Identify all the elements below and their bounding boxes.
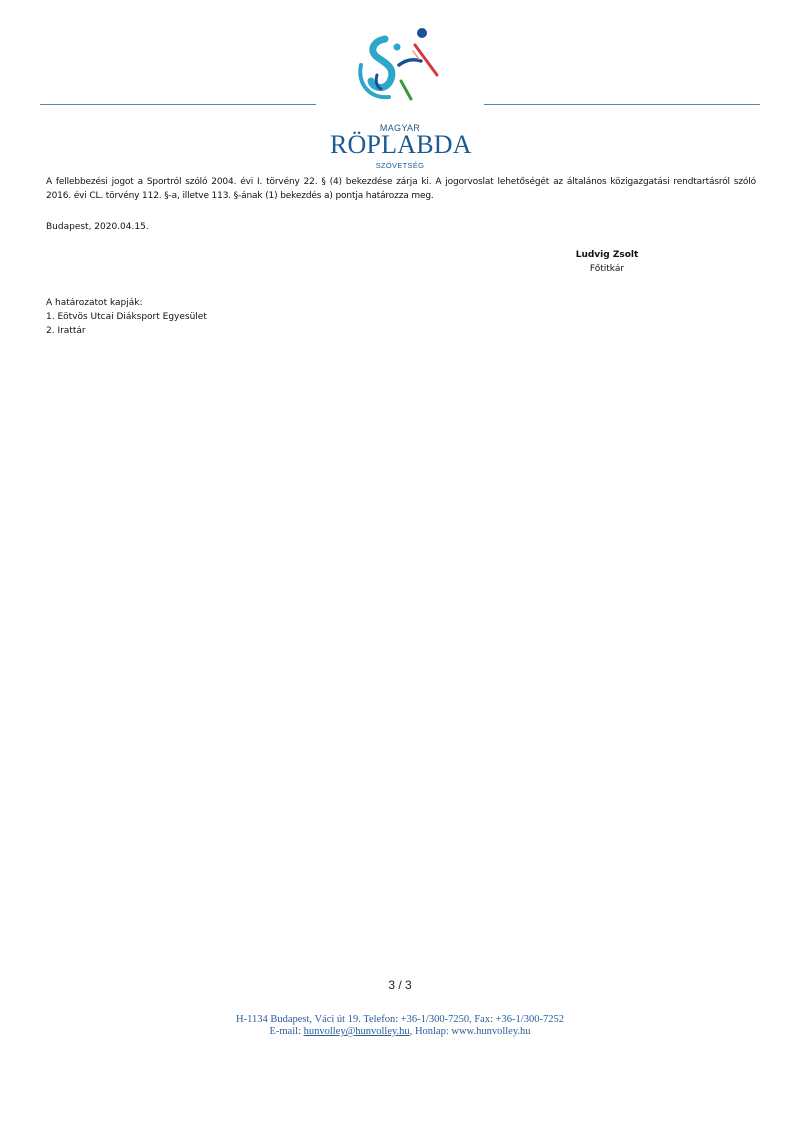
recipients-heading: A határozatot kapják:	[46, 298, 143, 308]
recipient-item: 2. Irattár	[46, 326, 86, 336]
logo-text-roplabda: RÖPLABDA	[330, 132, 470, 158]
header-rule-right	[484, 104, 760, 105]
recipient-item: 1. Eötvös Utcai Diáksport Egyesület	[46, 312, 207, 322]
federation-logo: MAGYAR RÖPLABDA SZÖVETSÉG	[330, 25, 470, 155]
logo-text-szovetseg: SZÖVETSÉG	[330, 161, 470, 170]
footer-website[interactable]: www.hunvolley.hu	[451, 1026, 530, 1037]
place-and-date: Budapest, 2020.04.15.	[46, 222, 149, 232]
footer-email-label: E-mail:	[269, 1026, 303, 1037]
footer-contact: E-mail: hunvolley@hunvolley.hu, Honlap: …	[0, 1026, 800, 1037]
footer-email-link[interactable]: hunvolley@hunvolley.hu	[304, 1026, 410, 1037]
footer-website-label: , Honlap:	[410, 1026, 452, 1037]
signatory-title: Főtitkár	[560, 264, 654, 274]
footer-address: H-1134 Budapest, Váci út 19. Telefon: +3…	[0, 1014, 800, 1025]
signatory-name: Ludvig Zsolt	[560, 250, 654, 260]
page-number: 3 / 3	[0, 978, 800, 992]
legal-remedy-paragraph: A fellebbezési jogot a Sportról szóló 20…	[46, 175, 756, 203]
header-rule-left	[40, 104, 316, 105]
volleyball-player-icon	[355, 25, 445, 120]
